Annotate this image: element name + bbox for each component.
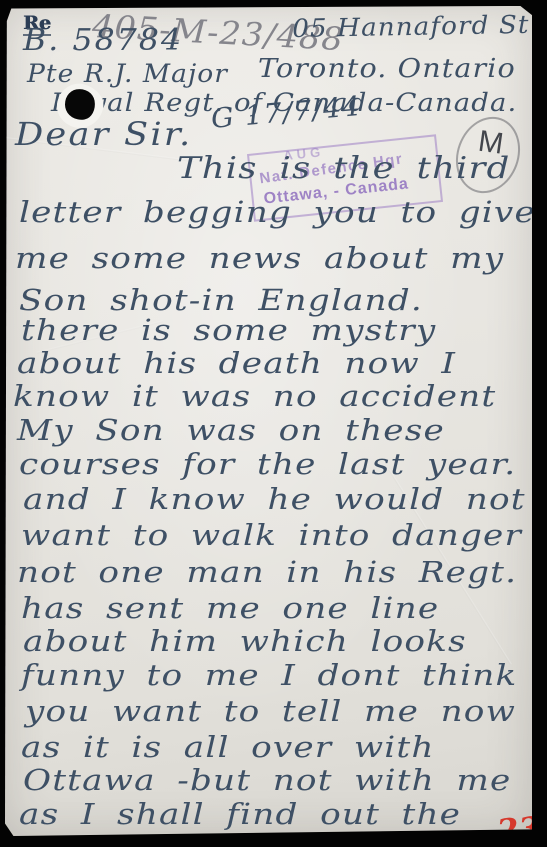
body-line: know it was no accident	[13, 382, 496, 411]
body-line: courses for the last year.	[19, 450, 516, 479]
letter-scan: Re 405-M-23/488 B. 58784 05 Hannaford St…	[0, 0, 547, 847]
address-city: Toronto. Ontario	[258, 56, 516, 82]
body-line: you want to tell me now	[25, 697, 516, 726]
letter-paper: Re 405-M-23/488 B. 58784 05 Hannaford St…	[5, 6, 532, 836]
body-line: there is some mystry	[21, 316, 436, 345]
body-line: as I shall find out the	[19, 800, 461, 829]
body-line: Ottawa -but not with me	[23, 766, 511, 795]
body-line: has sent me one line	[21, 594, 439, 623]
body-line: This is the third	[177, 154, 510, 184]
body-line: about his death now I	[17, 349, 456, 378]
page-number: 23	[496, 811, 542, 847]
body-line: me some news about my	[15, 244, 504, 273]
body-line: letter begging you to give	[19, 198, 536, 227]
punch-hole	[57, 82, 105, 130]
file-number: B. 58784	[23, 26, 183, 56]
body-line: as it is all over with	[21, 733, 435, 762]
body-line: Son shot-in England.	[19, 286, 423, 315]
body-line: My Son was on these	[17, 416, 445, 445]
body-line: funny to me I dont think	[21, 661, 517, 690]
address-street: 05 Hannaford St.	[292, 12, 539, 41]
body-line: about him which looks	[23, 627, 467, 656]
body-line: not one man in his Regt.	[17, 558, 517, 587]
body-line: and I know he would not	[23, 485, 526, 514]
body-line: want to walk into danger	[21, 521, 522, 550]
